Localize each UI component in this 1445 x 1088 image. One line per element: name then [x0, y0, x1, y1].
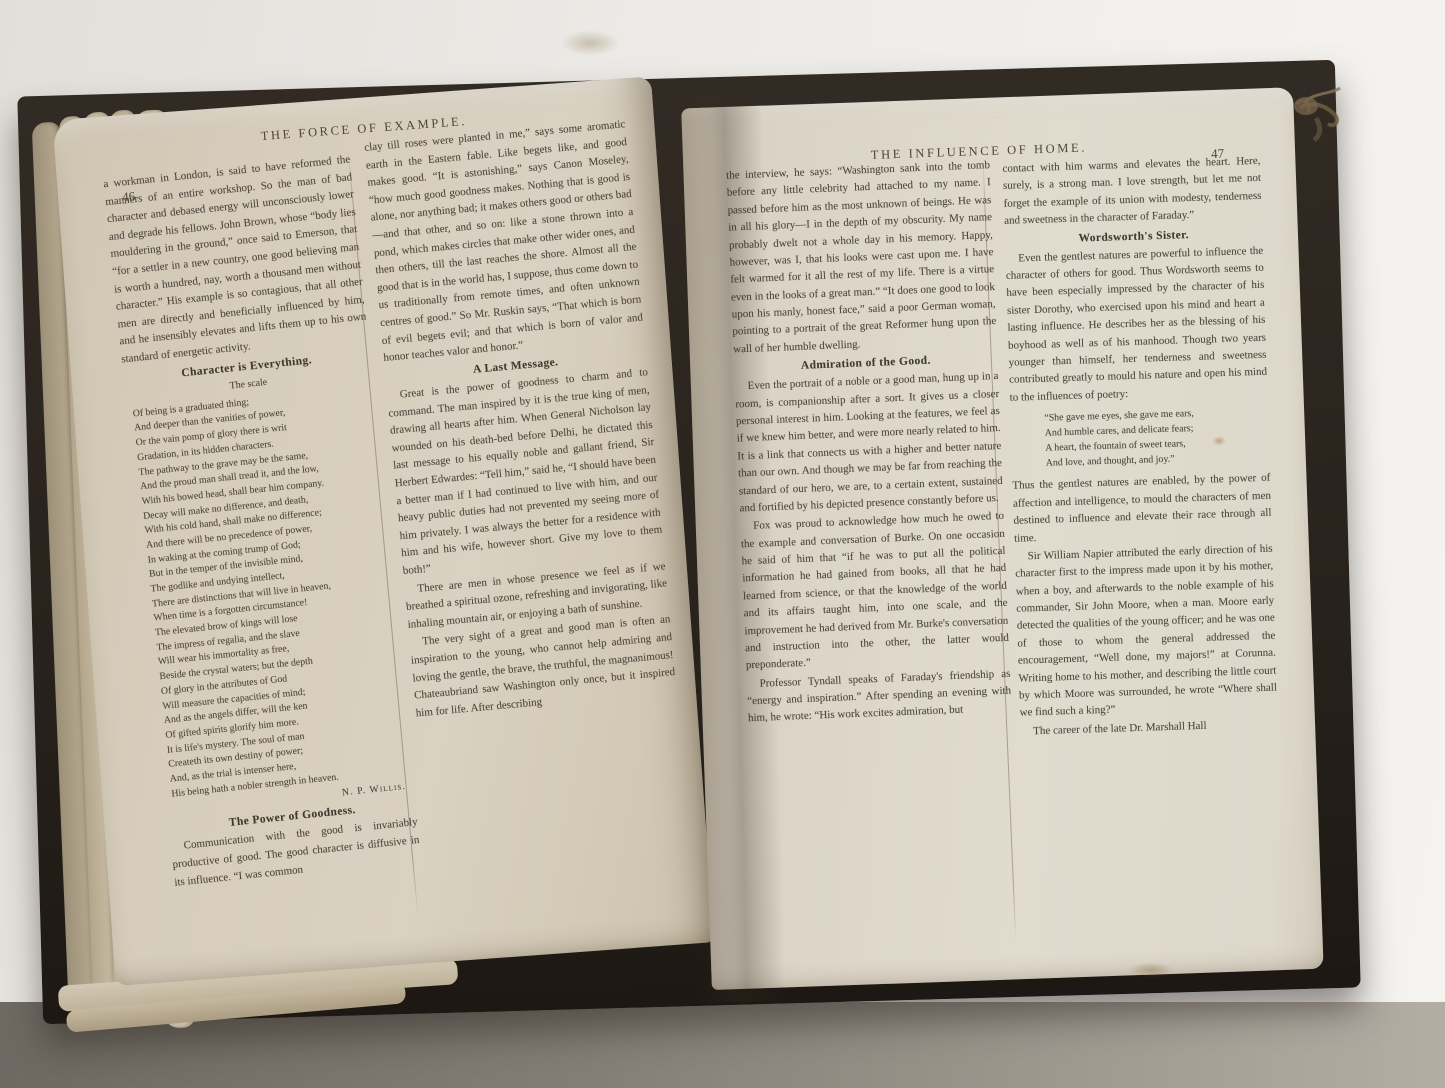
- paragraph: Even the gentlest natures are powerful t…: [1005, 242, 1268, 406]
- paragraph: a workman in London, is said to have ref…: [103, 151, 369, 369]
- paragraph: Even the portrait of a noble or a good m…: [734, 368, 1003, 517]
- paragraph: Professor Tyndall speaks of Faraday's fr…: [746, 665, 1012, 728]
- paragraph: contact with him warms and elevates the …: [1002, 153, 1262, 231]
- paragraph: Great is the power of goodness to charm …: [386, 364, 664, 580]
- frayed-thread: [1282, 84, 1368, 194]
- left-page: THE FORCE OF EXAMPLE. 46 a workman in Lo…: [52, 76, 714, 986]
- poem: Of being is a graduated thing; And deepe…: [132, 383, 413, 802]
- open-book: THE FORCE OF EXAMPLE. 46 a workman in Lo…: [0, 0, 1445, 1088]
- paragraph: Fox was proud to acknowledge how much he…: [740, 508, 1010, 675]
- poem: “She gave me eyes, she gave me ears, And…: [1044, 405, 1270, 471]
- photo-background: THE FORCE OF EXAMPLE. 46 a workman in Lo…: [0, 0, 1445, 1088]
- paragraph: the interview, he says: “Washington sank…: [726, 157, 997, 359]
- left-page-column-2: clay till roses were planted in me,” say…: [364, 116, 678, 724]
- right-page: THE INFLUENCE OF HOME. 47 the interview,…: [681, 87, 1323, 990]
- paragraph: clay till roses were planted in me,” say…: [364, 116, 646, 368]
- page-curl-highlight: [560, 30, 620, 56]
- right-page-column-1: the interview, he says: “Washington sank…: [726, 157, 1012, 729]
- paragraph: Thus the gentlest natures are enabled, b…: [1012, 470, 1272, 548]
- paragraph: Sir William Napier attributed the early …: [1014, 541, 1277, 723]
- right-page-column-2: contact with him warms and elevates the …: [1002, 153, 1278, 742]
